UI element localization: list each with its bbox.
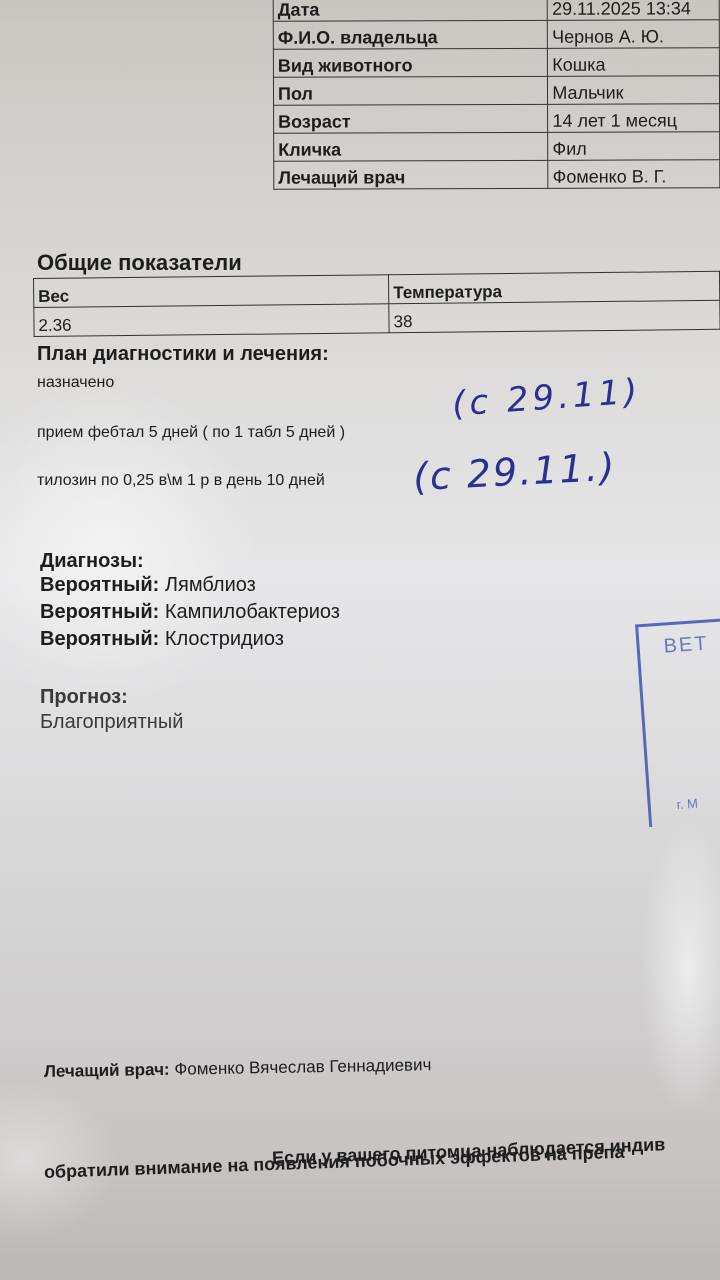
vitals-table: Вес Температура 2.36 38	[33, 271, 720, 337]
list-item: Вероятный: Кампилобактериоз	[40, 599, 340, 626]
table-row: Возраст14 лет 1 месяц	[274, 104, 720, 134]
attending-doctor: Лечащий врач: Фоменко Вячеслав Геннадиев…	[44, 1055, 432, 1082]
table-row: КличкаФил	[274, 132, 720, 162]
diagnoses-title: Диагнозы:	[40, 550, 144, 573]
temperature-value: 38	[389, 300, 720, 332]
temperature-header: Температура	[389, 271, 720, 303]
stamp-text: г. М	[676, 796, 698, 812]
list-item: Вероятный: Лямблиоз	[40, 572, 340, 599]
stamp-text: ВЕТ	[663, 632, 709, 658]
list-item: Вероятный: Клостридиоз	[40, 626, 340, 653]
weight-value: 2.36	[34, 304, 389, 337]
plan-note: назначено	[37, 374, 114, 392]
photo-glare	[640, 820, 720, 1120]
weight-header: Вес	[34, 275, 389, 308]
prognosis-title: Прогноз:	[40, 686, 128, 709]
patient-info-table: Дата29.11.2025 13:34 Ф.И.О. владельцаЧер…	[273, 0, 720, 190]
plan-section-title: План диагностики и лечения:	[37, 343, 329, 366]
handwritten-note: (с 29.11)	[451, 371, 643, 424]
table-row: ПолМальчик	[273, 76, 719, 106]
table-row: Вид животногоКошка	[273, 48, 719, 78]
diagnoses-list: Вероятный: Лямблиоз Вероятный: Кампилоба…	[40, 572, 340, 653]
prognosis-value: Благоприятный	[40, 711, 183, 734]
table-row: Дата29.11.2025 13:34	[273, 0, 719, 21]
general-section-title: Общие показатели	[37, 250, 242, 276]
plan-item: прием фебтал 5 дней ( по 1 табл 5 дней )	[37, 424, 345, 442]
table-row: Лечащий врачФоменко В. Г.	[274, 160, 720, 190]
table-row: 2.36 38	[34, 300, 720, 336]
plan-item: тилозин по 0,25 в\м 1 р в день 10 дней	[37, 472, 325, 490]
clinic-stamp: ВЕТ г. М	[635, 616, 720, 827]
handwritten-note: (с 29.11.)	[412, 445, 618, 500]
table-row: Ф.И.О. владельцаЧернов А. Ю.	[273, 20, 719, 50]
